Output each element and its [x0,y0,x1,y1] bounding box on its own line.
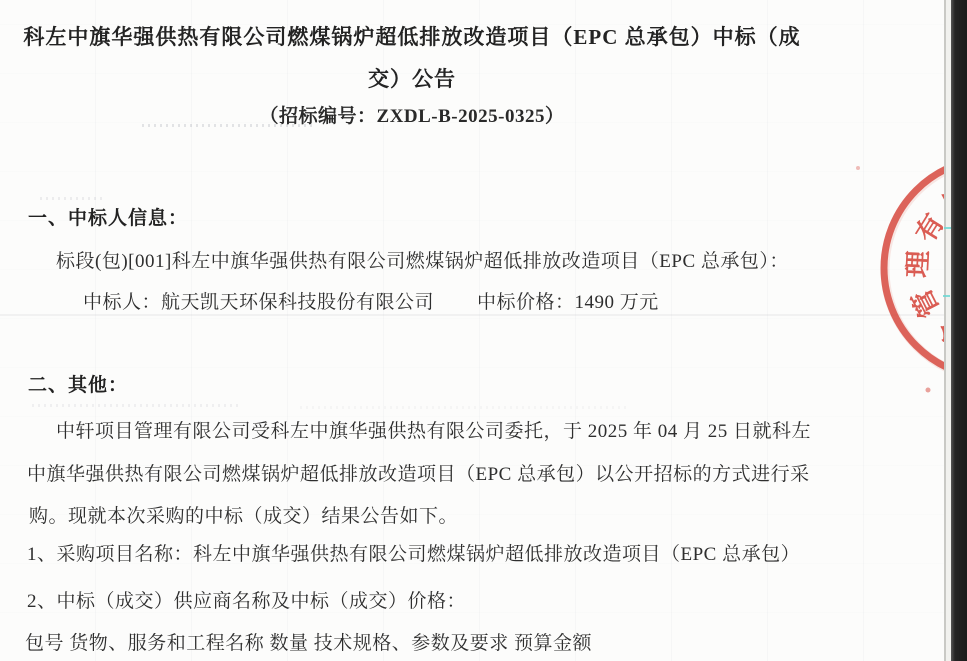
winner-name: 中标人：航天凯天环保科技股份有限公司 [83,287,434,314]
bleedthrough-smudge [40,197,106,200]
scanned-document-page: 科左中旗华强供热有限公司燃煤锅炉超低排放改造项目（EPC 总承包）中标（成 交）… [0,0,967,661]
table-header-line: 包号 货物、服务和工程名称 数量 技术规格、参数及要求 预算金额 [25,628,592,655]
scan-cyan-artifact [943,295,950,297]
winner-price: 中标价格：1490 万元 [477,287,659,314]
scan-cyan-artifact [944,227,951,229]
item-project-name: 1、采购项目名称：科左中旗华强供热有限公司燃煤锅炉超低排放改造项目（EPC 总承… [27,539,800,566]
document-title: 科左中旗华强供热有限公司燃煤锅炉超低排放改造项目（EPC 总承包）中标（成 交）… [2,16,822,100]
seal-char: 有 [910,209,946,248]
bleedthrough-smudge [142,124,312,127]
scan-hairline [0,314,944,316]
section2-heading: 二、其他： [28,370,128,397]
tender-number: （招标编号：ZXDL-B-2025-0325） [2,101,822,128]
seal-char: 理 [902,250,933,279]
bleedthrough-smudge [32,404,242,407]
paragraph-line1: 中轩项目管理有限公司受科左中旗华强供热有限公司委托，于 2025 年 04 月 … [56,416,811,443]
red-seal-stamp: 限 有 理 管 公 [846,120,946,405]
item-supplier-price: 2、中标（成交）供应商名称及中标（成交）价格： [27,586,466,613]
ink-speck [926,388,931,393]
document-title-line2: 交）公告 [2,58,822,100]
lot-line: 标段(包)[001]科左中旗华强供热有限公司燃煤锅炉超低排放改造项目（EPC 总… [56,246,789,273]
ink-speck [856,166,860,170]
paragraph-line2: 中旗华强供热有限公司燃煤锅炉超低排放改造项目（EPC 总承包）以公开招标的方式进… [27,459,810,486]
document-title-line1: 科左中旗华强供热有限公司燃煤锅炉超低排放改造项目（EPC 总承包）中标（成 [2,16,822,58]
scan-dark-band [951,0,967,661]
bleedthrough-smudge [300,406,630,409]
seal-char: 管 [906,284,946,322]
section1-heading: 一、中标人信息： [28,203,188,230]
bleedthrough-smudge [330,557,500,560]
paragraph-line3: 购。现就本次采购的中标（成交）结果公告如下。 [29,501,458,528]
